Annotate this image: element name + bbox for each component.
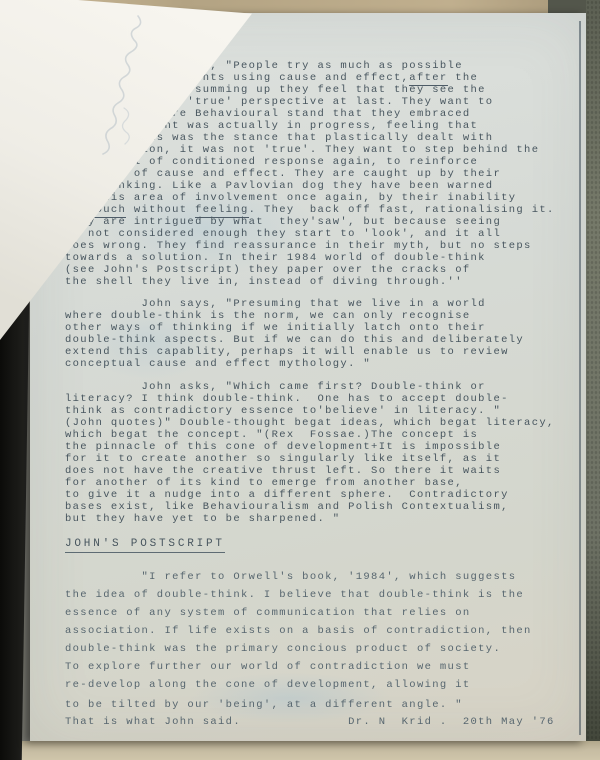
text-line: to give it a nudge into a different sphe…: [65, 489, 580, 501]
paragraph-2: John says, "Presuming that we live in a …: [65, 298, 580, 370]
text-line: bases exist, like Behaviouralism and Pol…: [65, 501, 580, 513]
text-line: to touch without feeling. They back off …: [65, 204, 580, 216]
text-line: That is what John said. Dr. N Krid . 20t…: [65, 714, 580, 731]
text-line: John says, "Presuming that we live in a …: [65, 298, 580, 310]
text-line: glass wall of conditioned response again…: [65, 156, 580, 168]
text-line: the idea of double-think. I believe that…: [65, 586, 580, 604]
text-line: They are intrigued by what they'saw', bu…: [65, 216, 580, 228]
text-line: To explore further our world of contradi…: [65, 658, 580, 676]
text-line: "I refer to Orwell's book, '1984', which…: [65, 568, 580, 586]
text-line: John asks, "Which came first? Double-thi…: [65, 381, 580, 393]
text-line: does not have the creative thrust left. …: [65, 465, 580, 477]
paragraph-3: John asks, "Which came first? Double-thi…: [65, 381, 580, 525]
desk-surface-right: [586, 0, 600, 760]
text-line: think as contradictory essence to'believ…: [65, 405, 580, 417]
text-line: is not considered enough they start to '…: [65, 228, 580, 240]
text-line: the pinnacle of this cone of development…: [65, 441, 580, 453]
text-line: for it to create another so singularly l…: [65, 453, 580, 465]
closing-and-signature: to be tilted by our 'being', at a differ…: [65, 697, 580, 731]
text-line: (John quotes)" Double-thought begat idea…: [65, 417, 580, 429]
text-line: conceptual cause and effect mythology. ": [65, 358, 580, 370]
text-line: where double-think is the norm, we can o…: [65, 310, 580, 322]
text-line: extend this capablity, perhaps it will e…: [65, 346, 580, 358]
text-line: (see John's Postscript) they paper over …: [65, 264, 580, 276]
postscript-heading-row: JOHN'S POSTSCRIPT: [65, 538, 580, 555]
text-line: double-think was the primary concious pr…: [65, 640, 580, 658]
text-line: goes wrong. They find reassurance in the…: [65, 240, 580, 252]
text-line: association. If life exists on a basis o…: [65, 622, 580, 640]
text-line: to be tilted by our 'being', at a differ…: [65, 697, 580, 714]
desk-surface-bottom: [20, 741, 600, 760]
text-line: the myth of cause and effect. They are c…: [65, 168, 580, 180]
text-line: other ways of thinking if we initially l…: [65, 322, 580, 334]
postscript-paragraph: "I refer to Orwell's book, '1984', which…: [65, 568, 580, 694]
postscript-heading: JOHN'S POSTSCRIPT: [65, 538, 225, 553]
text-line: literacy? I think double-think. One has …: [65, 393, 580, 405]
text-line: but they have yet to be sharpened. ": [65, 513, 580, 525]
text-line: essence of any system of communication t…: [65, 604, 580, 622]
text-line: for another of its kind to emerge from a…: [65, 477, 580, 489]
photo-backdrop: John says, "People try as much as possib…: [0, 0, 600, 760]
text-line: re-develop along the cone of development…: [65, 676, 580, 694]
text-line: off this area of involvement once again,…: [65, 192, 580, 204]
text-line: which begat the concept. "(Rex Fossae.)T…: [65, 429, 580, 441]
text-line: towards a solution. In their 1984 world …: [65, 252, 580, 264]
text-line: double-think aspects. But if we can do t…: [65, 334, 580, 346]
text-line: own thinking. Like a Pavlovian dog they …: [65, 180, 580, 192]
text-line: the shell they live in, instead of divin…: [65, 276, 580, 288]
typewritten-text: John says, "People try as much as possib…: [65, 60, 580, 731]
